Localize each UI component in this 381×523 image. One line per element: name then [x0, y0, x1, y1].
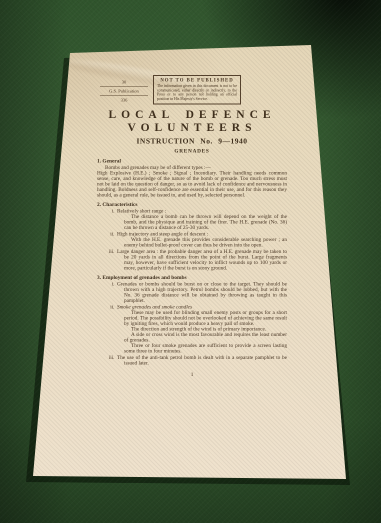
notice-title: NOT TO BE PUBLISHED [157, 78, 237, 83]
gs-publication-stamp: 30 G.S. Publication 336 [100, 79, 148, 105]
paragraph: Three or four smoke grenades are suffici… [124, 343, 287, 354]
photo-background-felt: 30 G.S. Publication 336 NOT TO BE PUBLIS… [0, 0, 381, 523]
item-numeral: iii. [109, 355, 117, 361]
section-characteristics: 2. Characteristics i. Relatively short r… [97, 202, 287, 272]
list-item: ii. High trajectory and steep angle of d… [117, 232, 287, 249]
list-item: i. Grenades or bombs should be burst on … [117, 282, 287, 304]
paragraph: With the H.E. grenade this provides cons… [124, 237, 287, 248]
section-general: 1. General Bombs and grenades may be of … [97, 158, 287, 198]
paragraph: The use of the anti-tank petrol bomb is … [124, 355, 287, 366]
section-heading: 1. General [97, 158, 287, 164]
list-item: ii. Smoke grenades and smoke candles The… [117, 305, 287, 355]
notice-body: The information given in this document i… [157, 84, 237, 101]
stamp-number-bottom: 336 [100, 97, 148, 105]
list-item: iii. Large danger area : the probable da… [117, 249, 287, 271]
document-header-row: 30 G.S. Publication 336 NOT TO BE PUBLIS… [97, 75, 287, 105]
list-item: iii. The use of the anti-tank petrol bom… [117, 355, 287, 366]
section-heading: 3. Employment of grenades and bombs [97, 275, 287, 281]
stamp-number-top: 30 [100, 79, 148, 87]
doc-part-heading: GRENADES [97, 149, 287, 155]
paragraph: A side or cross wind is the most favoura… [124, 332, 287, 343]
list-item: i. Relatively short range : The distance… [117, 209, 287, 231]
paragraph: These may be used for blinding small ene… [124, 310, 287, 327]
stamp-label: G.S. Publication [100, 88, 148, 96]
security-notice-box: NOT TO BE PUBLISHED The information give… [153, 75, 241, 105]
document-content: 30 G.S. Publication 336 NOT TO BE PUBLIS… [97, 73, 287, 423]
doc-title-line1: LOCAL DEFENCE [97, 108, 287, 121]
item-numeral: i. [112, 209, 117, 215]
doc-title-line2: VOLUNTEERS [97, 121, 287, 134]
section-heading: 2. Characteristics [97, 202, 287, 208]
item-numeral: iii. [109, 249, 117, 255]
paragraph: High Explosive (H.E.) ; Smoke ; Signal ;… [97, 171, 287, 199]
section-employment: 3. Employment of grenades and bombs i. G… [97, 275, 287, 367]
paragraph: The distance a bomb can be thrown will d… [124, 214, 287, 231]
item-numeral: ii. [110, 232, 117, 238]
paragraph: Grenades or bombs should be burst on or … [124, 282, 287, 304]
doc-instruction-line: INSTRUCTION No. 9—1940 [97, 138, 287, 147]
item-numeral: i. [112, 282, 117, 288]
item-numeral: ii. [110, 305, 117, 311]
paragraph: Large danger area : the probable danger … [124, 249, 287, 271]
page-number: 1 [97, 372, 287, 378]
